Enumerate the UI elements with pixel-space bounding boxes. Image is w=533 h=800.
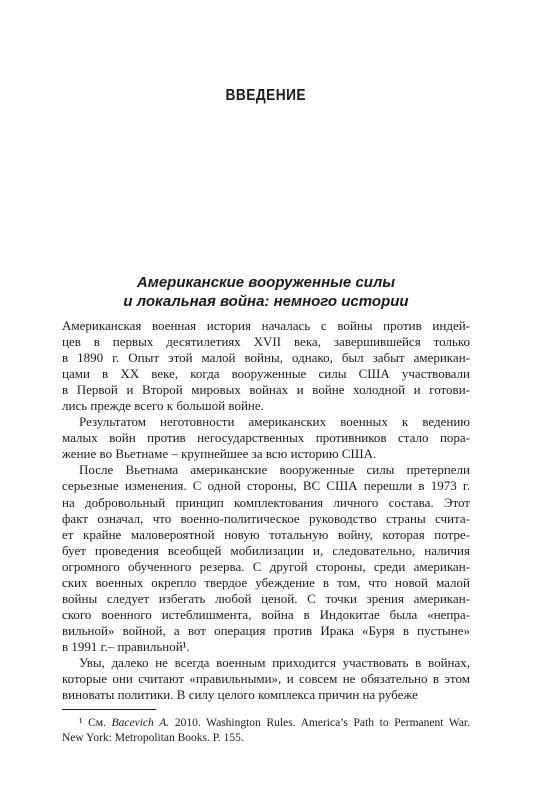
body-line: виноваты политики. В силу целого комплек…	[62, 687, 470, 703]
body-line: ет крайне маловероятной новую тотальную …	[62, 527, 470, 543]
footnote-line-2: New York: Metropolitan Books. P. 155.	[62, 731, 470, 746]
footnote-author: Bacevich A.	[112, 717, 170, 729]
page-content: ВВЕДЕНИЕ Американские вооруженные силы и…	[62, 0, 470, 745]
subtitle-line-2: и локальная война: немного истории	[62, 292, 470, 311]
body-line: огромного обученного резерва. С другой с…	[62, 559, 470, 575]
chapter-title-text: ВВЕДЕНИЕ	[226, 87, 306, 104]
body-line: ских военных окрепло твердое убеждение в…	[62, 575, 470, 591]
paragraph: Результатом неготовности американских во…	[62, 414, 470, 462]
paragraph: После Вьетнама американские вооруженные …	[62, 462, 470, 655]
body-line: малых войн против негосударственных прот…	[62, 430, 470, 446]
paragraph: Увы, далеко не всегда военным приходится…	[62, 655, 470, 703]
body-line: которые они считают «правильными», и сов…	[62, 671, 470, 687]
body-line: цами в XX веке, когда вооруженные силы С…	[62, 366, 470, 382]
body-text: Американская военная история началась с …	[62, 318, 470, 703]
body-line: серьезные изменения. С одной стороны, ВС…	[62, 478, 470, 494]
body-line: факт означал, что военно-политическое ру…	[62, 511, 470, 527]
body-line: на добровольный принцип комплектования л…	[62, 495, 470, 511]
body-line: После Вьетнама американские вооруженные …	[62, 462, 470, 478]
book-page: ВВЕДЕНИЕ Американские вооруженные силы и…	[0, 0, 533, 800]
footnote-line-1: ¹ См. Bacevich A. 2010. Washington Rules…	[62, 716, 470, 731]
footnote-separator	[62, 709, 156, 710]
body-line: в Первой и Второй мировых войнах и войне…	[62, 382, 470, 398]
body-line: ского военного истеблишмента, война в Ин…	[62, 607, 470, 623]
footnote: ¹ См. Bacevich A. 2010. Washington Rules…	[62, 716, 470, 745]
body-line: Американская военная история началась с …	[62, 318, 470, 334]
body-line: в 1991 г.– правильной¹.	[62, 639, 470, 655]
body-line: бует проведения всеобщей мобилизации и, …	[62, 543, 470, 559]
paragraph: Американская военная история началась с …	[62, 318, 470, 414]
body-line: цев в первых десятилетиях XVII века, зав…	[62, 334, 470, 350]
footnote-marker-and-see: ¹ См.	[79, 717, 112, 729]
chapter-title: ВВЕДЕНИЕ	[62, 0, 470, 104]
body-line: вильной» войной, а вот операция против И…	[62, 623, 470, 639]
body-line: лись прежде всего к большой войне.	[62, 398, 470, 414]
subtitle-line-1: Американские вооруженные силы	[62, 273, 470, 292]
body-line: в 1890 г. Опыт этой малой войны, однако,…	[62, 350, 470, 366]
body-line: Увы, далеко не всегда военным приходится…	[62, 655, 470, 671]
body-line: жение во Вьетнаме – крупнейшее за всю ис…	[62, 446, 470, 462]
body-line: Результатом неготовности американских во…	[62, 414, 470, 430]
section-subtitle: Американские вооруженные силы и локальна…	[62, 273, 470, 311]
body-line: войны следует избегать любой ценой. С то…	[62, 591, 470, 607]
footnote-citation: 2010. Washington Rules. America’s Path t…	[169, 717, 470, 729]
